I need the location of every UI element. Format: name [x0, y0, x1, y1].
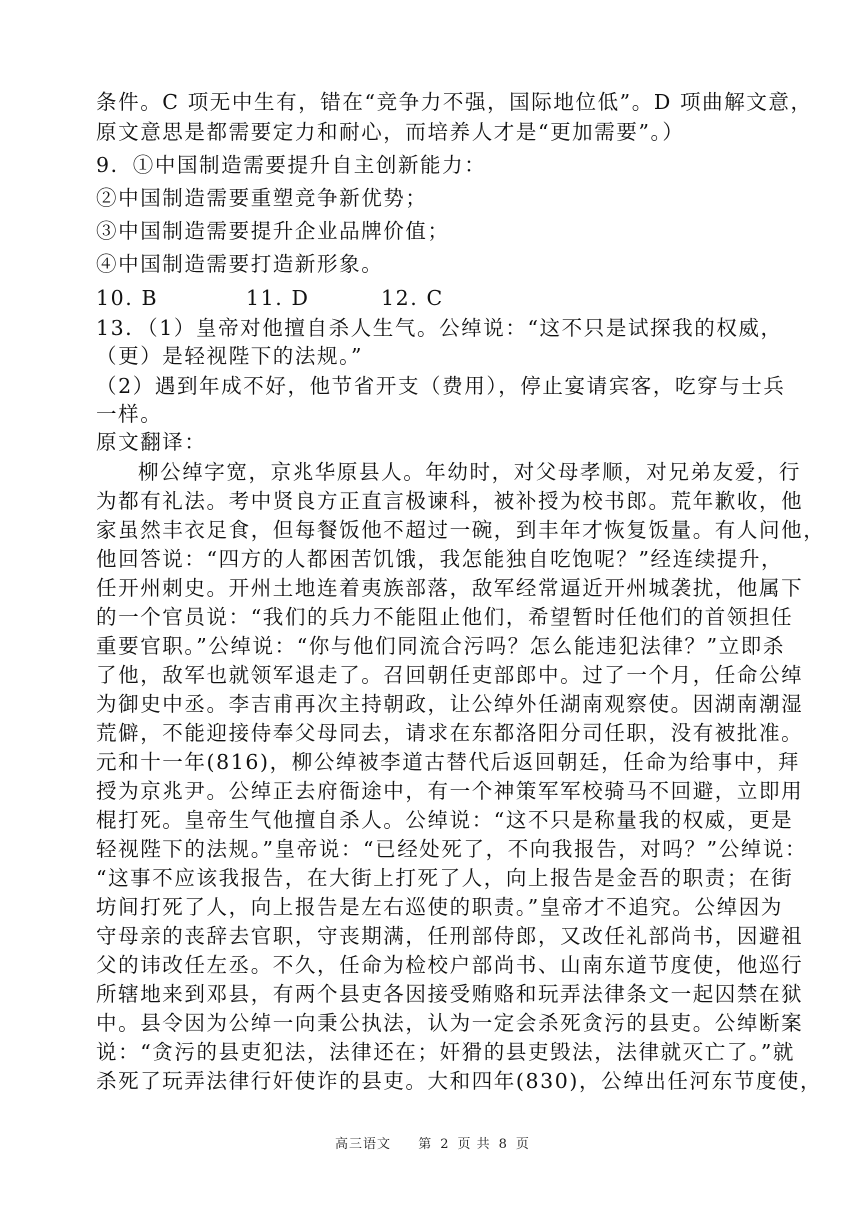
answer-9-item-2: ②中国制造需要重塑竞争新优势；: [96, 184, 428, 212]
footer-total-pages: 8: [499, 1137, 508, 1152]
translation-line: 杀死了玩弄法律行奸使诈的县吏。大和四年(830)，公绰出任河东节度使，: [96, 1067, 822, 1095]
footer-subject: 高三语文: [335, 1137, 391, 1152]
answer-10: 10. B: [96, 284, 246, 312]
translation-line: “这事不应该我报告，在大街上打死了人，向上报告是金吾的职责；在街: [96, 864, 793, 892]
answer-9-item-1: 9．①中国制造需要提升自主创新能力：: [96, 151, 486, 179]
translation-line: 任开州刺史。开州土地连着夷族部落，敌军经常逼近开州城袭扰，他属下: [96, 574, 803, 602]
translation-line: 为都有礼法。考中贤良方正直言极谏科，被补授为校书郎。荒年歉收，他: [96, 487, 803, 515]
footer-page-number: 2: [440, 1137, 449, 1152]
translation-line: 的一个官员说：“我们的兵力不能阻止他们，希望暂时任他们的首领担任: [96, 603, 793, 631]
translation-line: 说：“贪污的县吏犯法，法律还在；奸猾的县吏毁法，法律就灭亡了。”就: [96, 1038, 795, 1066]
answer-9-item-3: ③中国制造需要提升企业品牌价值；: [96, 217, 450, 245]
translation-line: 所辖地来到邓县，有两个县吏各因接受贿赂和玩弄法律条文一起囚禁在狱: [96, 980, 803, 1008]
translation-line: 棍打死。皇帝生气他擅自杀人。公绰说：“这不只是称量我的权威，更是: [96, 806, 793, 834]
answer-13-part-2: （2）遇到年成不好，他节省开支（费用），停止宴请宾客，吃穿与士兵: [96, 372, 786, 400]
answers-row: 10. B11. D12. C: [96, 284, 444, 312]
answer-11: 11. D: [246, 284, 381, 312]
answer-13-part-1-cont: （更）是轻视陛下的法规。”: [96, 342, 363, 370]
text-line: 原文意思是都需要定力和耐心，而培养人才是“更加需要”。）: [96, 118, 685, 146]
translation-line: 元和十一年(816)，柳公绰被李道古替代后返回朝廷，任命为给事中，拜: [96, 748, 800, 776]
page-footer: 高三语文 第2页 共8页: [0, 1133, 865, 1152]
answer-13-part-2-cont: 一样。: [96, 400, 162, 428]
translation-heading: 原文翻译：: [96, 428, 207, 456]
translation-line: 轻视陛下的法规。”皇帝说：“已经处死了，不向我报告，对吗？”公绰说：: [96, 835, 807, 863]
answer-13-part-1: 13．（1）皇帝对他擅自杀人生气。公绰说：“这不只是试探我的权威，: [96, 314, 783, 342]
footer-page-prefix: 第: [418, 1137, 432, 1152]
footer-page-suffix: 页: [516, 1137, 530, 1152]
footer-page-mid: 页 共: [458, 1137, 491, 1152]
translation-line: 坊间打死了人，向上报告是左右巡使的职责。”皇帝才不追究。公绰因为: [96, 893, 783, 921]
translation-line: 为御史中丞。李吉甫再次主持朝政，让公绰外任湖南观察使。因湖南潮湿: [96, 690, 803, 718]
text-line: 条件。C 项无中生有，错在“竞争力不强，国际地位低”。D 项曲解文意，: [96, 88, 813, 116]
translation-line: 父的讳改任左丞。不久，任命为检校户部尚书、山南东道节度使，他巡行: [96, 951, 803, 979]
answer-12: 12. C: [381, 284, 444, 312]
translation-line: 家虽然丰衣足食，但每餐饭他不超过一碗，到丰年才恢复饭量。有人问他，: [96, 516, 825, 544]
translation-line: 重要官职。”公绰说：“你与他们同流合污吗？怎么能违犯法律？”立即杀: [96, 632, 785, 660]
translation-line: 他回答说：“四方的人都困苦饥饿，我怎能独自吃饱呢？”经连续提升，: [96, 545, 783, 573]
translation-line: 授为京兆尹。公绰正去府衙途中，有一个神策军军校骑马不回避，立即用: [96, 777, 803, 805]
answer-9-item-4: ④中国制造需要打造新形象。: [96, 250, 383, 278]
translation-line: 柳公绰字宽，京兆华原县人。年幼时，对父母孝顺，对兄弟友爱，行: [96, 458, 801, 486]
translation-line: 守母亲的丧辞去官职，守丧期满，任刑部侍郎，又改任礼部尚书，因避祖: [96, 922, 803, 950]
translation-line: 荒僻，不能迎接侍奉父母同去，请求在东都洛阳分司任职，没有被批准。: [96, 719, 803, 747]
translation-line: 中。县令因为公绰一向秉公执法，认为一定会杀死贪污的县吏。公绰断案: [96, 1009, 803, 1037]
translation-line: 了他，敌军也就领军退走了。召回朝任吏部郎中。过了一个月，任命公绰: [96, 661, 803, 689]
